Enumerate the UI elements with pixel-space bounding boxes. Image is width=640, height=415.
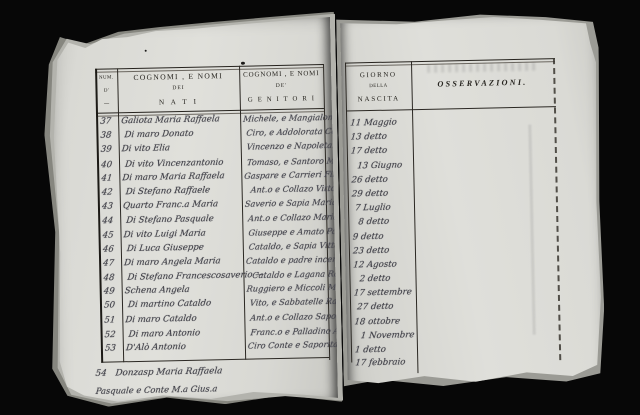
ink-speck (145, 50, 147, 52)
birth-date: 9 detto (352, 231, 384, 242)
record-nati-name: Di vito Elia (121, 142, 240, 154)
record-genitori-names: Cataldo e Lagana Rosa (252, 268, 349, 280)
record-nati-name: Di martino Cataldo (128, 298, 247, 310)
record-number: 41 (101, 173, 118, 183)
record-genitori-names: Ant.o e Collazo Maria (248, 212, 339, 224)
birth-date: 17 detto (350, 146, 387, 157)
birth-date: 13 detto (350, 132, 387, 143)
record-genitori-names: Pasquale e Conte M.a Gius.a (95, 383, 218, 396)
birth-date: 1 detto (355, 345, 387, 356)
record-nati-name: Galiota Maria Raffaela (121, 114, 240, 126)
birth-date: 27 detto (357, 302, 394, 313)
record-number: 50 (104, 301, 121, 311)
right-table-right-border (553, 58, 561, 360)
record-number: 49 (103, 287, 120, 297)
record-nati-name: Di vito Luigi Maria (123, 227, 242, 239)
giorno-header-line2: DELLA (345, 83, 411, 89)
giorno-header-line3: NASCITA (346, 95, 412, 103)
ink-speck (241, 62, 245, 65)
ink-bleedthrough-line (528, 125, 535, 335)
record-number: 51 (104, 315, 121, 325)
record-number: 43 (101, 201, 118, 211)
record-number: 54 (95, 369, 107, 379)
record-nati-name: Di maro Angela Maria (124, 256, 243, 268)
giorno-header-line1: GIORNO (345, 71, 411, 79)
record-nati-name: Donzasp Maria Raffaela (115, 366, 223, 378)
genitori-header-line3: G E N I T O R I (240, 96, 324, 105)
birth-dates-list: 11 Maggio 13 detto 17 detto 13 Giugno 26… (350, 110, 455, 353)
record-number: 48 (103, 273, 120, 283)
birth-date: 12 Agosto (353, 259, 398, 270)
record-number: 42 (101, 187, 118, 197)
record-number: 37 (100, 116, 117, 126)
records-list: 37 Galiota Maria Raffaela Michele, e Man… (96, 112, 335, 358)
birth-date: 7 Luglio (355, 203, 392, 214)
num-header-line1: NUM. (96, 75, 116, 80)
record-number: 38 (100, 131, 117, 141)
record-number: 45 (102, 230, 119, 240)
birth-date: 26 detto (351, 174, 388, 185)
record-nati-name: Di maro Antonio (128, 327, 247, 339)
ink-bleedthrough (427, 63, 539, 73)
record-nati-name: Quarto Franc.a Maria (122, 199, 241, 211)
record-nati-name: D'Alò Antonio (125, 341, 244, 353)
record-number: 40 (101, 160, 118, 170)
birth-date: 8 detto (358, 217, 390, 228)
record-nati-name: Di maro Cataldo (125, 312, 244, 324)
left-page: NUM. D' — COGNOMI , E NOMI DEI N A T I C… (48, 16, 338, 408)
birth-date: 29 detto (351, 189, 388, 200)
record-number: 47 (103, 258, 120, 268)
birth-date-below-frame: 17 febbraio (355, 357, 406, 368)
record-number: 52 (104, 330, 121, 340)
right-table-header-rule (346, 106, 556, 111)
birth-date: 1 Novembre (360, 330, 415, 341)
record-number: 53 (104, 343, 121, 353)
osservazioni-header: OSSERVAZIONI. (411, 78, 553, 89)
birth-date: 23 detto (352, 245, 389, 256)
record-nati-name: Di vito Vincenzantonio (125, 157, 244, 169)
nati-header-line2: DEI (117, 85, 239, 93)
nati-header-line3: N A T I (118, 98, 240, 108)
num-header-line3: — (97, 101, 117, 106)
nati-header-line1: COGNOMI , E NOMI (117, 72, 239, 82)
record-nati-name: Di Stefano Francescosaverio — (127, 270, 246, 282)
record-genitori-names: Cataldo e padre incerto (246, 253, 345, 265)
birth-date: 17 settembre (353, 287, 412, 298)
record-nati-name: Di Stefano Pasquale (126, 214, 245, 226)
birth-date: 18 ottobre (354, 316, 401, 327)
open-register-book: NUM. D' — COGNOMI , E NOMI DEI N A T I C… (48, 0, 604, 413)
record-nati-name: Di maro Donato (124, 128, 243, 140)
right-page: GIORNO DELLA NASCITA OSSERVAZIONI. 11 Ma… (340, 13, 604, 396)
record-nati-name: Di Luca Giuseppe (126, 241, 245, 253)
genitori-header-line1: COGNOMI , E NOMI (239, 70, 323, 79)
record-nati-name: Di Stefano Raffaele (125, 185, 244, 197)
num-header-line2: D' (96, 88, 116, 93)
birth-date: 2 detto (359, 274, 391, 285)
record-row-below-frame: 54 Donzasp Maria Raffaela Pasquale e Con… (95, 358, 338, 399)
birth-date: 11 Maggio (350, 117, 398, 128)
record-genitori-names: Michele, e Mangialomini (243, 112, 347, 124)
record-number: 44 (102, 216, 119, 226)
record-number: 46 (102, 244, 119, 254)
record-genitori-names: Ant.o e Collazo Vittoria (250, 182, 348, 194)
genitori-header-line2: DE' (239, 83, 323, 90)
record-number: 39 (100, 145, 117, 155)
record-nati-name: Di maro Maria Raffaela (122, 171, 241, 183)
birth-date: 13 Giugno (357, 160, 403, 171)
scanned-register-photo: NUM. D' — COGNOMI , E NOMI DEI N A T I C… (0, 0, 640, 415)
record-nati-name: Schena Angela (124, 284, 243, 296)
record-genitori-names: Ant.o e Collazo Saporita (250, 310, 352, 322)
